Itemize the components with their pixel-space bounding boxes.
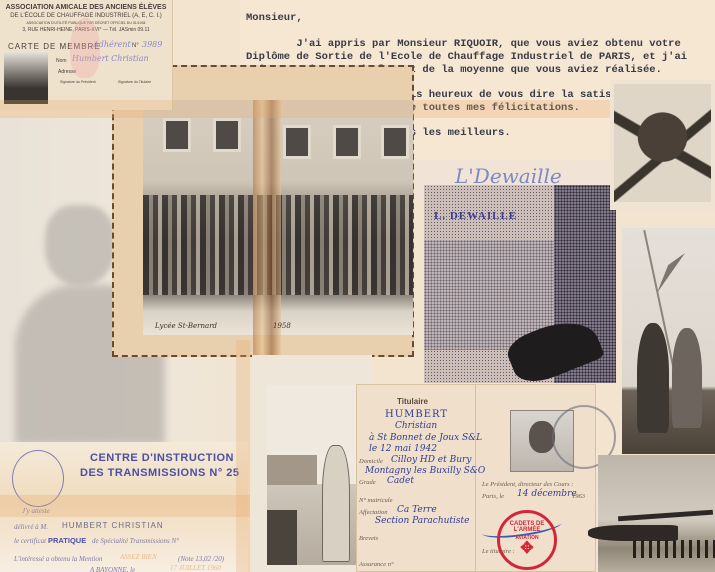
cert-date: 17 JUILLET 1960 <box>170 564 221 572</box>
building-window <box>283 125 311 159</box>
barracks-building <box>267 455 317 485</box>
plane-fuselage <box>588 525 678 541</box>
boys-in-tree-photo <box>610 80 715 210</box>
pass-fold <box>475 385 476 571</box>
plane-wing <box>618 510 713 522</box>
pass-birthdate: le 12 mai 1942 <box>369 444 437 454</box>
building-window <box>333 125 361 159</box>
cert-note: (Note 13,02 /20) <box>178 555 224 563</box>
red-stamp-text: CADETS DE L'ARMÉE <box>500 521 554 533</box>
overlay-band <box>0 100 610 118</box>
card-name-label: Nom <box>56 58 67 64</box>
pass-president-label: Le Président, directeur des Cours : <box>482 481 573 488</box>
letter-paragraph-1-line-2: Diplôme de Sortie de l'Ecole de Chauffag… <box>246 51 687 64</box>
man-back-figure <box>672 328 702 428</box>
pass-brevets-label: Brevets <box>359 535 378 542</box>
cert-mention: ASSEZ BIEN <box>120 553 157 561</box>
pass-first-name: Christian <box>395 421 437 431</box>
pass-birthplace: à St Bonnet de Joux S&L <box>369 433 482 443</box>
cert-title-line-1: CENTRE D'INSTRUCTION <box>90 452 234 464</box>
cert-recipient: HUMBERT CHRISTIAN <box>62 521 164 530</box>
tree-image <box>614 84 711 202</box>
ship-deck-photo <box>622 228 715 454</box>
red-cadet-stamp-icon: CADETS DE L'ARMÉE AVIATION ✥ <box>497 510 557 570</box>
cert-mention-label: L'intéressé a obtenu la Mention <box>14 555 102 563</box>
soldier-photo <box>252 355 372 572</box>
photo-caption-right: 1958 <box>273 322 291 330</box>
young-man-figure <box>637 323 669 433</box>
card-member-photo <box>4 52 48 104</box>
member-card: ASSOCIATION AMICALE DES ANCIENS ÉLÈVES D… <box>0 0 173 110</box>
cert-place: A BAYONNE, le <box>90 566 135 572</box>
flame-watermark-icon <box>70 18 100 78</box>
card-number: 3989 <box>142 40 162 49</box>
pass-affectation-label: Affectation <box>359 509 388 516</box>
rust-texture <box>253 100 281 390</box>
pass-place-prefix: Paris, le <box>482 493 504 500</box>
cert-certificate-suffix: de Spécialité Transmissions N° <box>92 537 179 545</box>
pass-titulaire-label: Titulaire <box>397 397 428 406</box>
building-window <box>381 125 409 159</box>
stone-block <box>267 510 297 565</box>
photo-caption-left: Lycée St-Bernard <box>155 322 217 330</box>
pass-domicile-line-2: Montagny les Buxilly S&O <box>365 466 485 476</box>
overlay-band <box>0 495 250 517</box>
halftone-reclining-man-photo: L. DEWAILLE <box>424 185 616 383</box>
pass-grade: Cadet <box>387 476 414 486</box>
transport-plane-photo <box>598 455 715 572</box>
pass-domicile-label: Domicile <box>359 458 383 465</box>
pass-matricule-label: N° matricule <box>359 497 392 504</box>
cadet-pass-card: Titulaire HUMBERT Christian à St Bonnet … <box>356 384 596 572</box>
paratroopers-line <box>633 540 715 558</box>
cert-delivered-label: délivré à M. <box>14 523 48 531</box>
letter-signatory: L. DEWAILLE <box>434 210 517 222</box>
cert-title-line-2: DES TRANSMISSIONS N° 25 <box>80 467 240 479</box>
eagle-icon: ✥ <box>500 541 554 557</box>
card-president-signature-label: Signature du Président <box>60 80 96 84</box>
flag-icon <box>657 253 685 293</box>
pass-grade-label: Grade <box>359 479 376 486</box>
letter-paragraph-1-line-1: J'ai appris par Monsieur RIQUOIR, que vo… <box>246 38 681 51</box>
cert-certificate-prefix: le certificat <box>14 537 46 545</box>
letter-salutation: Monsieur, <box>246 12 303 25</box>
school-group-photo: Lycée St-Bernard 1958 <box>143 100 413 335</box>
cert-certificate-type: PRATIQUE <box>48 536 86 545</box>
pass-domicile-line-1: Cilloy HD et Bury <box>391 455 471 465</box>
card-member-signature-label: Signature du Titulaire <box>118 80 151 84</box>
pass-assurance-label: Assurance n° <box>359 561 394 568</box>
soldier-figure <box>322 445 350 562</box>
pass-affectation-line-1: Ca Terre <box>397 505 437 515</box>
pass-year: 1963 <box>572 493 585 500</box>
card-association-title: ASSOCIATION AMICALE DES ANCIENS ÉLÈVES <box>0 4 172 11</box>
pass-date: 14 décembre <box>517 489 577 499</box>
overlay-band <box>236 340 250 572</box>
card-number-label: N° <box>132 43 139 49</box>
building-window <box>213 118 241 152</box>
building-window <box>163 118 191 152</box>
soldier-image <box>267 385 359 565</box>
portrait-head <box>45 205 115 285</box>
pass-surname: HUMBERT <box>385 409 448 420</box>
pass-affectation-line-2: Section Parachutiste <box>375 516 469 526</box>
